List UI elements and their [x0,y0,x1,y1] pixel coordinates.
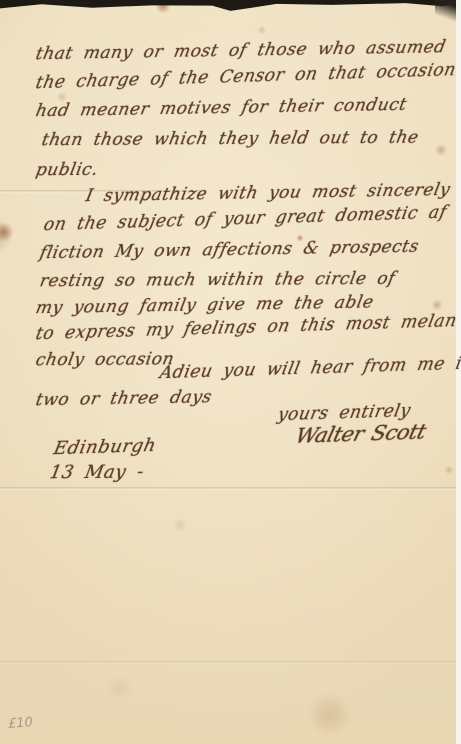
letter-line: resting so much within the circle of [38,269,397,291]
fold-crease [0,661,456,664]
letter-line: than those which they held out to the [40,127,420,150]
letter-line: two or three days [34,387,214,410]
place-line: Edinburgh [52,435,158,459]
signature: Walter Scott [293,420,428,448]
letter-line: public. [34,160,100,180]
date-line: 13 May - [48,461,146,483]
letter-scan: that many or most of those who assumed t… [0,0,461,744]
letter-line: choly occasion [34,349,176,370]
torn-corner-right [435,0,457,30]
pencil-price-mark: £10 [8,715,34,732]
fold-crease [0,487,456,490]
